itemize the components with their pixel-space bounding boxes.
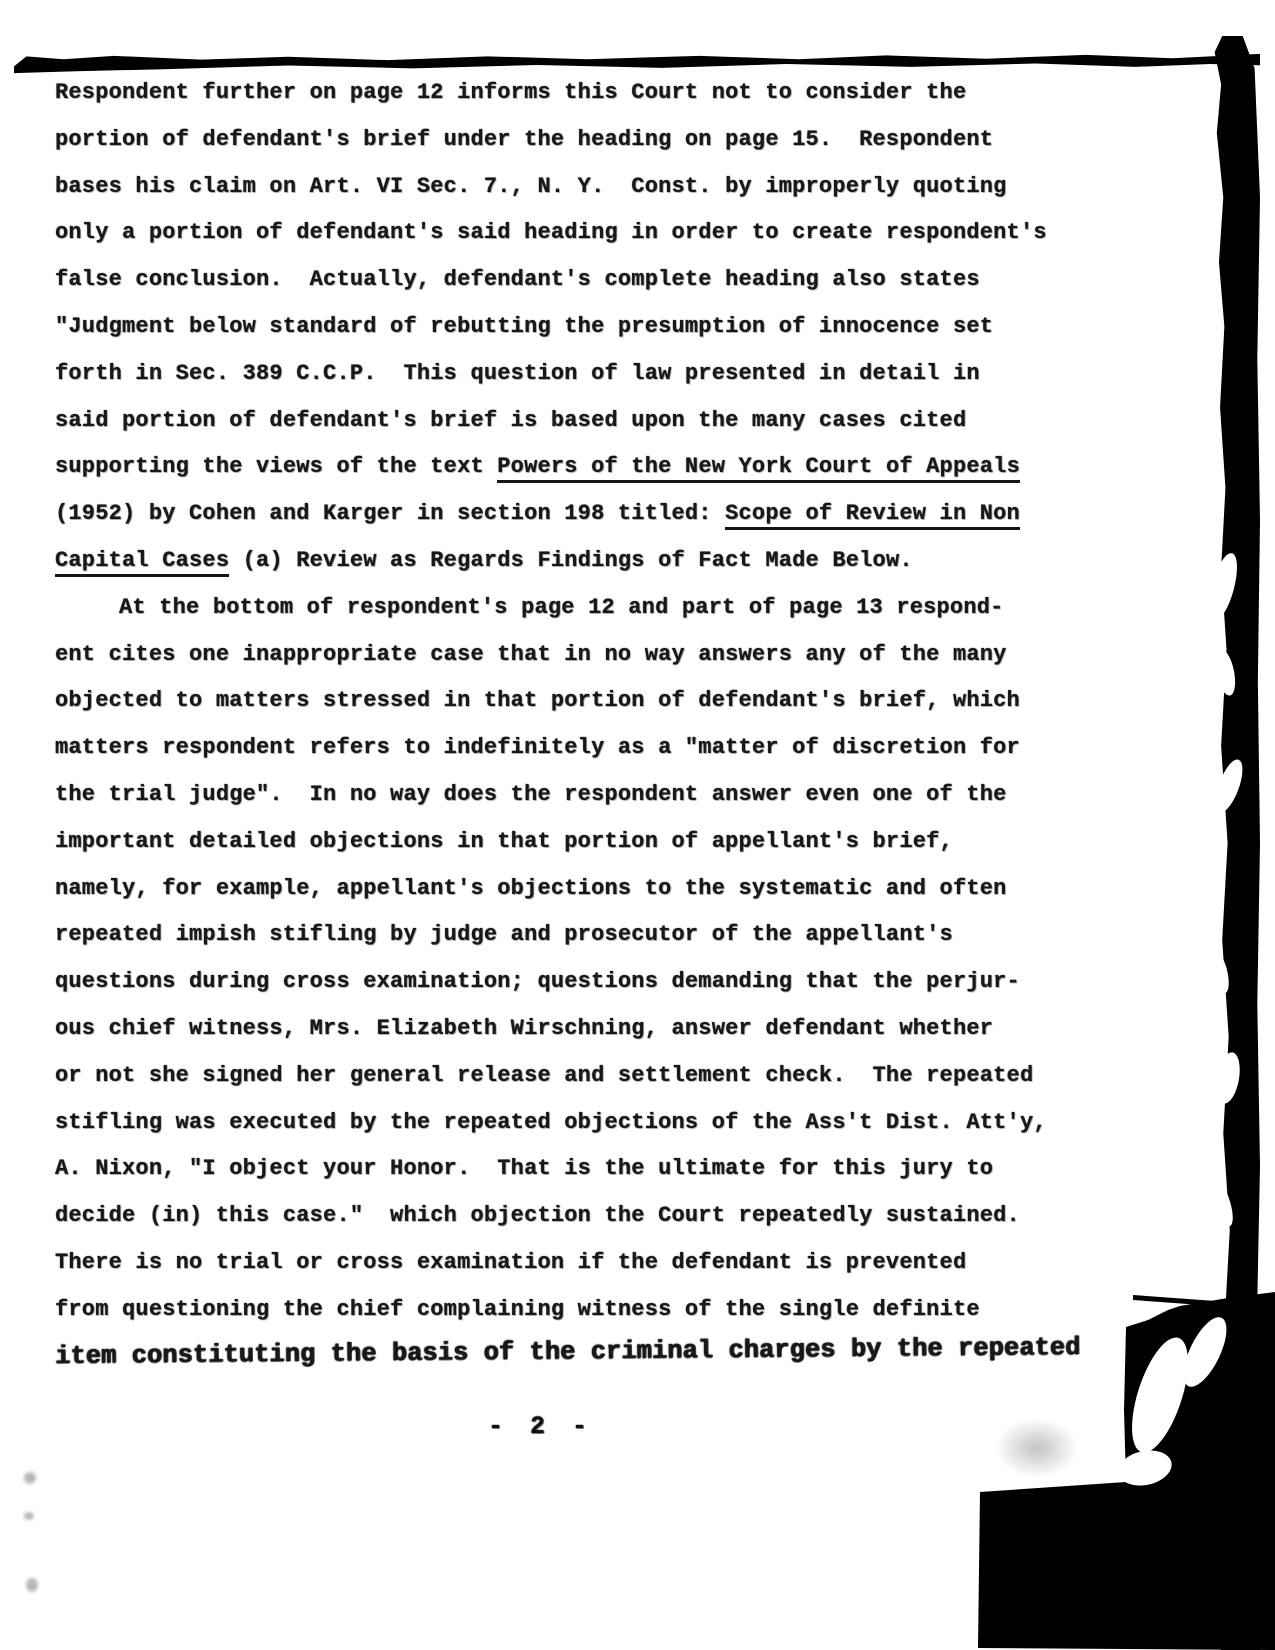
scan-speckle: [24, 1512, 34, 1520]
text-segment: stifling was executed by the repeated ob…: [55, 1110, 1047, 1135]
text-segment: (a) Review as Regards Findings of Fact M…: [229, 548, 913, 573]
text-segment: forth in Sec. 389 C.C.P. This question o…: [55, 361, 980, 386]
text-line: ent cites one inappropriate case that in…: [55, 632, 1095, 679]
text-segment: important detailed objections in that po…: [55, 829, 953, 854]
text-line: namely, for example, appellant's objecti…: [55, 866, 1095, 913]
text-line: objected to matters stressed in that por…: [55, 678, 1095, 725]
underlined-citation: Scope of Review in Non: [725, 501, 1020, 530]
text-line: A. Nixon, "I object your Honor. That is …: [55, 1146, 1095, 1193]
text-segment: decide (in) this case." which objection …: [55, 1203, 1020, 1228]
text-line: or not she signed her general release an…: [55, 1053, 1095, 1100]
text-segment: At the bottom of respondent's page 12 an…: [119, 595, 1004, 620]
text-line: supporting the views of the text Powers …: [55, 444, 1095, 491]
text-segment: "Judgment below standard of rebutting th…: [55, 314, 993, 339]
underlined-citation: Capital Cases: [55, 548, 229, 577]
text-line: portion of defendant's brief under the h…: [55, 117, 1095, 164]
text-segment: said portion of defendant's brief is bas…: [55, 408, 966, 433]
text-segment: ent cites one inappropriate case that in…: [55, 642, 1007, 667]
text-segment: bases his claim on Art. VI Sec. 7., N. Y…: [55, 174, 1007, 199]
text-line: said portion of defendant's brief is bas…: [55, 398, 1095, 445]
text-line: item constituting the basis of the crimi…: [55, 1324, 1095, 1380]
text-segment: Respondent further on page 12 informs th…: [55, 80, 966, 105]
text-segment: namely, for example, appellant's objecti…: [55, 876, 1007, 901]
text-line: Respondent further on page 12 informs th…: [55, 70, 1095, 117]
scan-smudge: [998, 1420, 1076, 1476]
text-segment: repeated impish stifling by judge and pr…: [55, 922, 953, 947]
text-line: forth in Sec. 389 C.C.P. This question o…: [55, 351, 1095, 398]
text-line: questions during cross examination; ques…: [55, 959, 1095, 1006]
text-segment: A. Nixon, "I object your Honor. That is …: [55, 1156, 993, 1181]
underlined-citation: Powers of the New York Court of Appeals: [497, 454, 1020, 483]
text-line: ous chief witness, Mrs. Elizabeth Wirsch…: [55, 1006, 1095, 1053]
text-segment: portion of defendant's brief under the h…: [55, 127, 993, 152]
text-segment: or not she signed her general release an…: [55, 1063, 1033, 1088]
text-line: bases his claim on Art. VI Sec. 7., N. Y…: [55, 164, 1095, 211]
text-segment: ous chief witness, Mrs. Elizabeth Wirsch…: [55, 1016, 993, 1041]
text-line: important detailed objections in that po…: [55, 819, 1095, 866]
text-line: matters respondent refers to indefinitel…: [55, 725, 1095, 772]
scanned-document-page: Respondent further on page 12 informs th…: [0, 0, 1275, 1650]
text-segment: There is no trial or cross examination i…: [55, 1250, 966, 1275]
text-segment: (1952) by Cohen and Karger in section 19…: [55, 501, 725, 526]
text-segment: matters respondent refers to indefinitel…: [55, 735, 1020, 760]
text-segment: the trial judge". In no way does the res…: [55, 782, 1007, 807]
text-line: stifling was executed by the repeated ob…: [55, 1100, 1095, 1147]
text-line: decide (in) this case." which objection …: [55, 1193, 1095, 1240]
text-segment: objected to matters stressed in that por…: [55, 688, 1020, 713]
text-segment: only a portion of defendant's said headi…: [55, 220, 1047, 245]
text-line: There is no trial or cross examination i…: [55, 1240, 1095, 1287]
scan-speckle: [24, 1472, 36, 1484]
text-line: false conclusion. Actually, defendant's …: [55, 257, 1095, 304]
text-line: Capital Cases (a) Review as Regards Find…: [55, 538, 1095, 585]
page-text: Respondent further on page 12 informs th…: [55, 70, 1095, 1380]
text-line: repeated impish stifling by judge and pr…: [55, 912, 1095, 959]
text-segment: questions during cross examination; ques…: [55, 969, 1020, 994]
text-segment: supporting the views of the text: [55, 454, 497, 479]
text-line: the trial judge". In no way does the res…: [55, 772, 1095, 819]
text-line: (1952) by Cohen and Karger in section 19…: [55, 491, 1095, 538]
text-line: "Judgment below standard of rebutting th…: [55, 304, 1095, 351]
text-line: At the bottom of respondent's page 12 an…: [55, 585, 1095, 632]
text-line: only a portion of defendant's said headi…: [55, 210, 1095, 257]
text-segment: from questioning the chief complaining w…: [55, 1297, 980, 1322]
scan-speckle: [26, 1578, 38, 1592]
text-segment: item constituting the basis of the crimi…: [55, 1333, 1080, 1371]
page-number: - 2 -: [488, 1412, 593, 1441]
text-segment: false conclusion. Actually, defendant's …: [55, 267, 980, 292]
